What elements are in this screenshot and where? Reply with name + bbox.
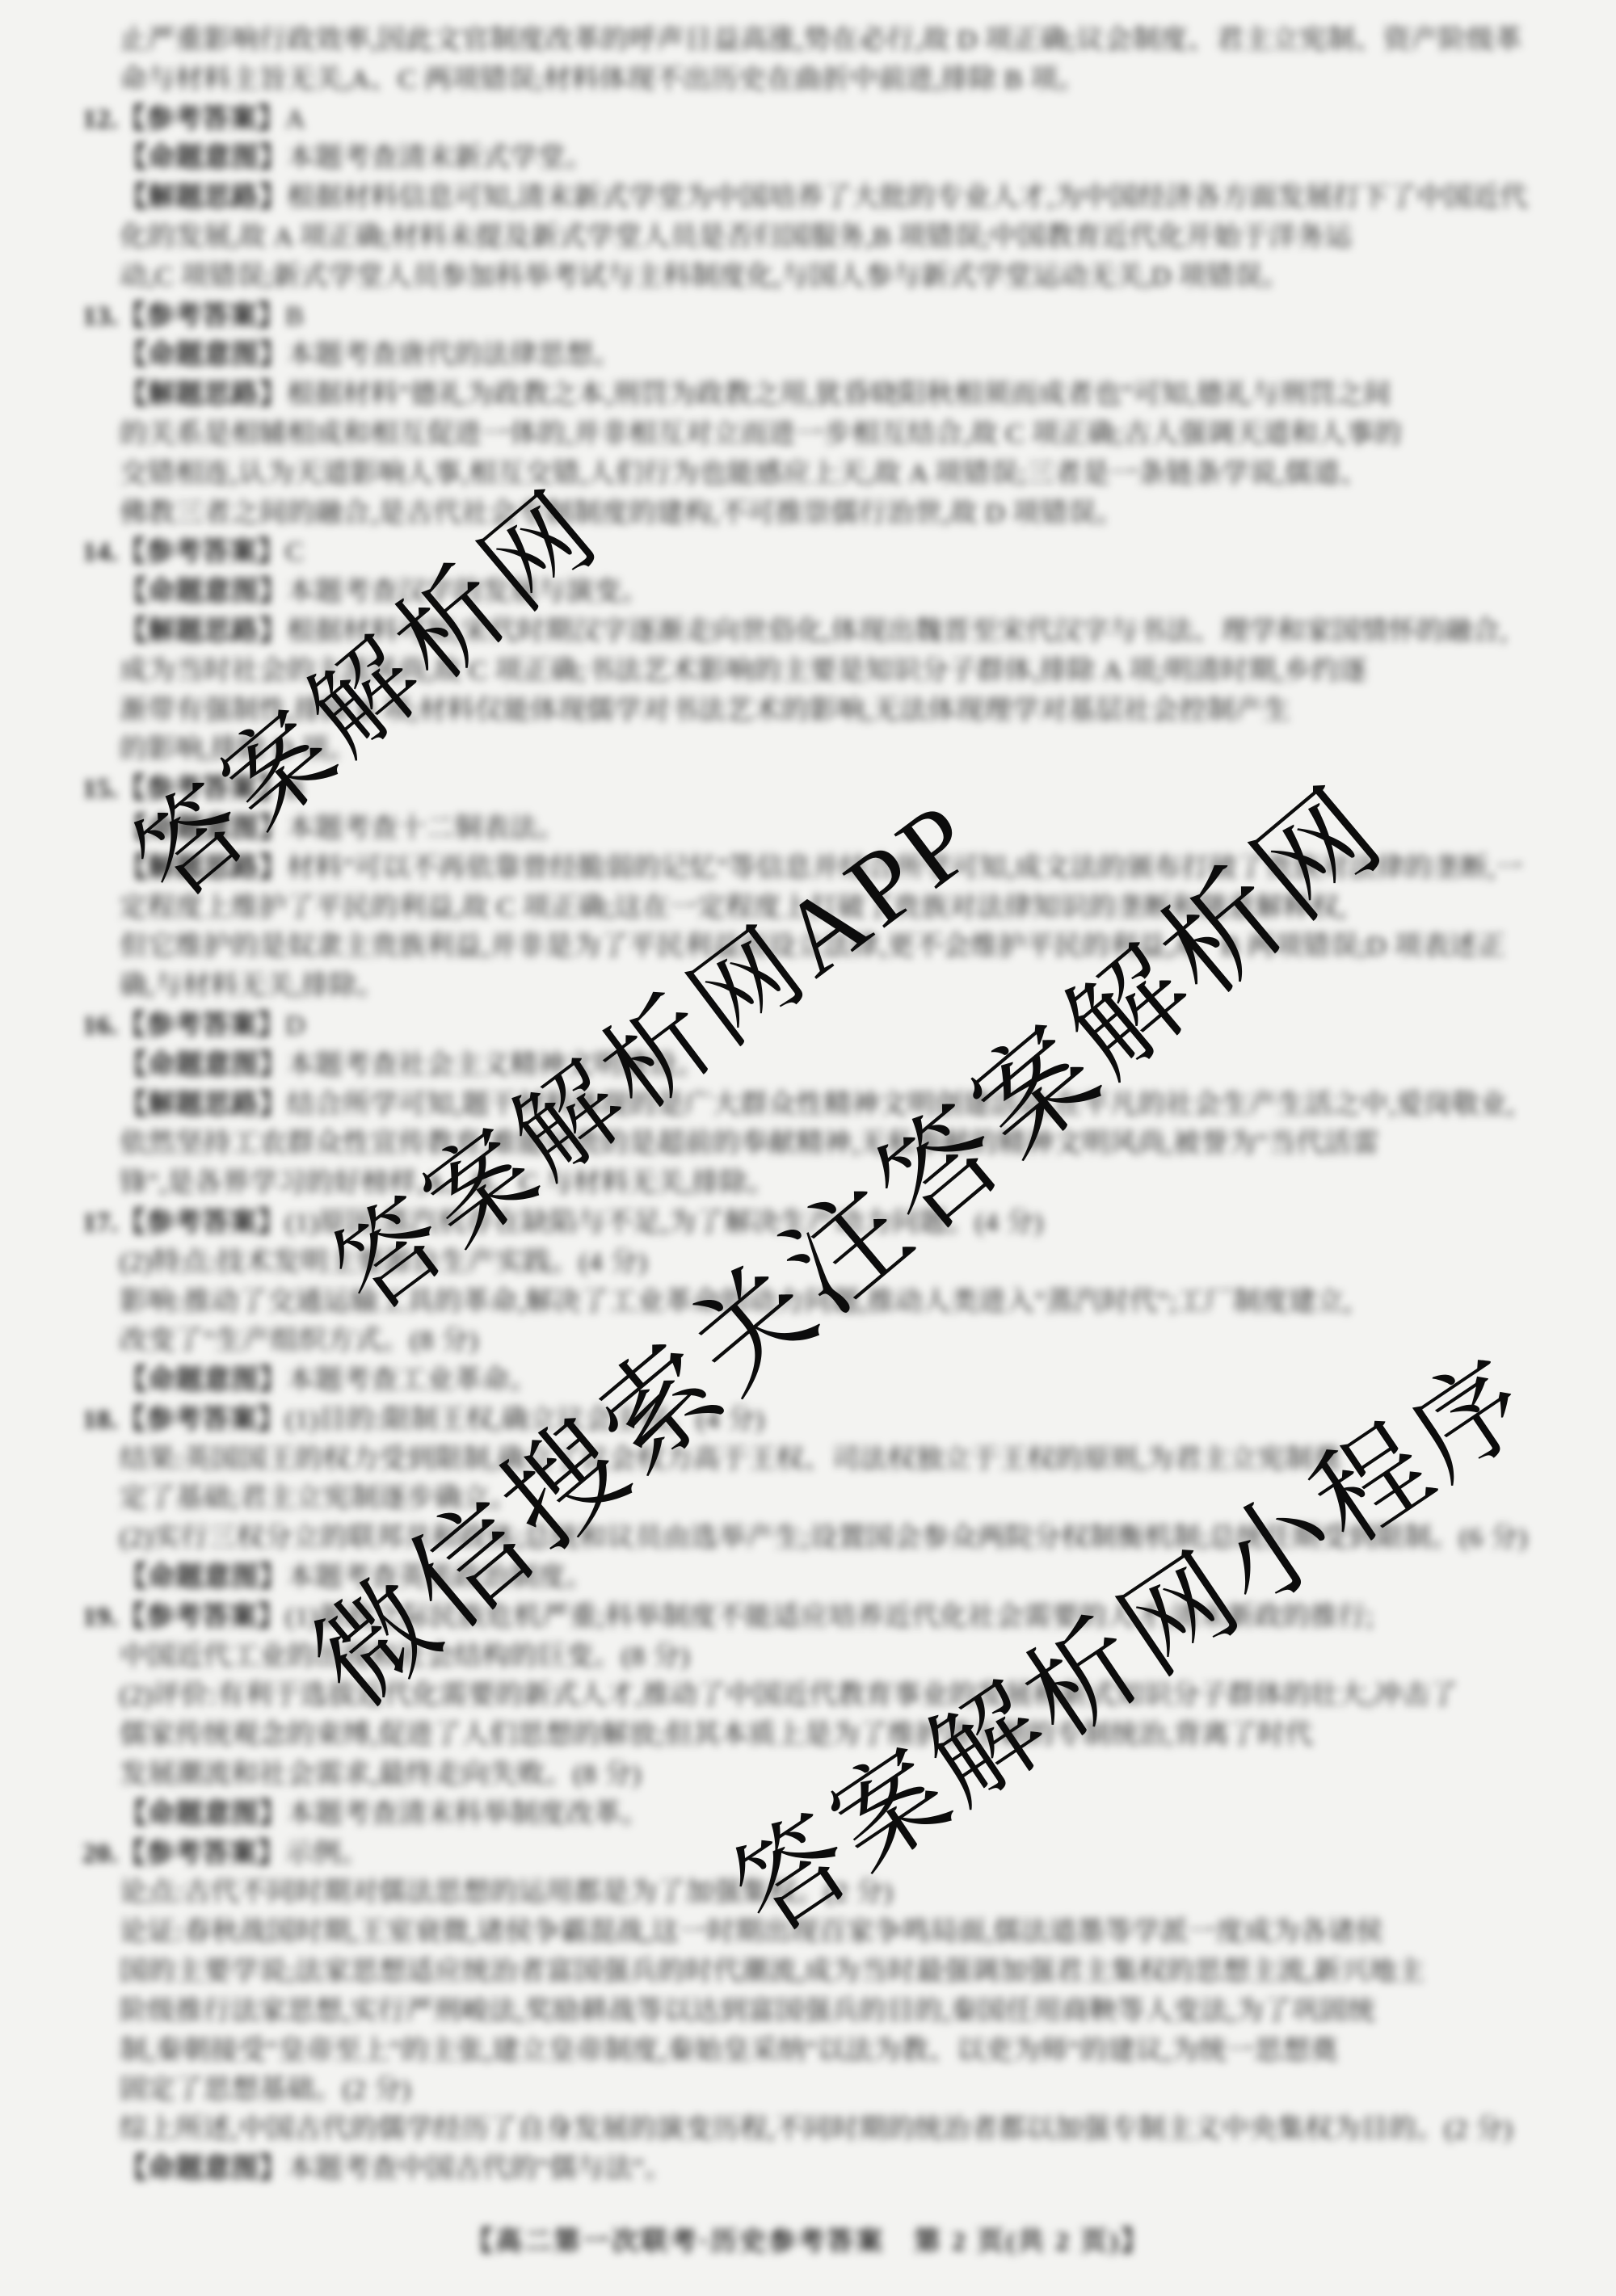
text-line: 【命题意图】本题考查十二铜表法。 (120, 809, 1574, 849)
bold-header-label: 【命题意图】 (120, 2154, 287, 2184)
answer-line: 13.【参考答案】B (120, 297, 1574, 337)
text-line: 阶级推行法家思想,实行严刑峻法,奖励耕战等以达到富国强兵的目的,秦国任用商鞅等人… (120, 1992, 1574, 2032)
text-line: 【解题思路】根据材料可知,宋代时期汉字逐渐走向世俗化,体现出魏晋至宋代汉字与书法… (120, 612, 1574, 652)
text-line: 儒家传统观念的束缚,促进了人们思想的解放;但其本质上是为了维护清王朝的专制统治,… (120, 1716, 1574, 1756)
bold-header-label: 13.【参考答案】 (82, 301, 285, 331)
bold-header-label: 12.【参考答案】 (82, 104, 285, 134)
bold-header-label: 【命题意图】 (120, 577, 287, 607)
text-line: (2)评价:有利于选拔近代化需要的新式人才,推动了中国近代教育事业的发展和新式知… (120, 1676, 1574, 1716)
answer-line: 19.【参考答案】(1)新政之际民族危机严重;科举制度不能适应培养近代化社会需要… (120, 1598, 1574, 1638)
text-line: 综上所述,中国古代的儒学经历了自身发展的演变历程,不同时期的统治者都以加强专制主… (120, 2110, 1574, 2150)
text-line: 制,秦朝接受"皇帝至上"的主张,建立皇帝制度,秦始皇采纳"以法为教、以吏为师"的… (120, 2032, 1574, 2071)
text-line: 的影响,排除 D 项。 (120, 730, 1574, 770)
text-line: 论点:古代不同时期对儒法思想的运用都是为了加强集权。(2 分) (120, 1873, 1574, 1913)
bold-header-label: 15.【参考答案】 (82, 774, 285, 804)
bold-header-label: 【解题思路】 (120, 616, 287, 646)
text-line: 【解题思路】结合所学可知,题干材料体现的是广大群众性精神文明创建活动,在平凡的社… (120, 1086, 1574, 1125)
text-line: 论证:春秋战国时期,王室衰微,诸侯争霸混战,这一时期出现百家争鸣局面,儒法道墨等… (120, 1913, 1574, 1953)
bold-header-label: 【解题思路】 (120, 380, 287, 410)
bold-header-label: 【命题意图】 (120, 340, 287, 370)
text-line: 佛教三者之间的融合,是古代社会专制制度的建构,不可推崇儒行治世,故 D 项错误。 (120, 494, 1574, 534)
bold-header-label: 【命题意图】 (120, 1562, 287, 1592)
text-line: 【命题意图】本题考查清末科举制度改革。 (120, 1795, 1574, 1835)
text-line: 发展潮流和社会需求,最终走向失败。(8 分) (120, 1756, 1574, 1795)
text-line: 依然坚持工农群众性宣传教育,难能可贵的是超前的奉献精神,无私奉献的精神文明风尚,… (120, 1125, 1574, 1164)
text-line: (2)实行三权分立的联邦共和政体;总统和议员由选举产生;设置国会参众两院分权制衡… (120, 1519, 1574, 1558)
text-line: 定了基础;君主立宪制逐步确立。 (120, 1479, 1574, 1519)
text-line: 锋",是各界学习的好榜样,A、B、C 与材料无关,排除。 (120, 1164, 1574, 1204)
answer-text-block: 止严重影响行政效率,因此文官制度改革的呼声日益高涨,势在必行,故 D 项正确;议… (120, 21, 1574, 2189)
answer-line: 20.【参考答案】示例。 (120, 1835, 1574, 1874)
bold-header-label: 17.【参考答案】 (82, 1208, 285, 1238)
text-line: 【命题意图】本题考查社会主义精神文明建设。 (120, 1046, 1574, 1086)
bold-header-label: 20.【参考答案】 (82, 1839, 285, 1869)
answer-line: 18.【参考答案】(1)目的:限制王权,确立议会主权。(4 分) (120, 1401, 1574, 1440)
text-line: 【命题意图】本题考查中国古代的"儒与法"。 (120, 2150, 1574, 2189)
answer-line: 17.【参考答案】(1)原因:蒸汽机存在缺陷与不足,为了解决生产动力问题。(4 … (120, 1204, 1574, 1243)
bold-header-label: 【命题意图】 (120, 1365, 287, 1395)
bold-header-label: 19.【参考答案】 (82, 1602, 285, 1632)
answer-line: 15.【参考答案】B (120, 770, 1574, 809)
bold-header-label: 【解题思路】 (120, 183, 287, 212)
text-line: 动,C 项错误;新式学堂人员参加科举考试与主科制度化,与国人参与新式学堂运动无关… (120, 258, 1574, 297)
text-line: 命与材料主旨无关,A、C 两项错误;材料体现不出历史在曲折中前进,排除 B 项。 (120, 61, 1574, 100)
bold-header-label: 【命题意图】 (120, 1050, 287, 1080)
bold-header-label: 【解题思路】 (120, 853, 287, 883)
text-line: 的关系是相辅相成和相互促进一体的,并非相互对立而进一步相互结合,故 C 项正确;… (120, 415, 1574, 455)
bold-header-label: 【解题思路】 (120, 1090, 287, 1120)
text-line: 国的主要学说;法家思想适应统治者富国强兵的时代潮流,成为当时最强调加强君主集权的… (120, 1953, 1574, 1992)
text-line: 渐带有强制性,排除 B 项;材料仅能体现儒学对书法艺术的影响,无法体现理学对基层… (120, 692, 1574, 731)
text-line: (2)特点:技术发明主要源自生产实践。(4 分) (120, 1243, 1574, 1283)
text-line: 结果:英国国王的权力受到限制,确立了议会权力高于王权、司法权独立于王权的原则,为… (120, 1440, 1574, 1480)
text-line: 固定了思想基础。(2 分) (120, 2071, 1574, 2110)
text-line: 确,与材料无关,排除。 (120, 967, 1574, 1007)
text-line: 【命题意图】本题考查汉字的发展与演变。 (120, 573, 1574, 612)
text-line: 【解题思路】根据材料"德礼为政教之本,刑罚为政教之用,犹昏晓阳秋相须而成者也"可… (120, 376, 1574, 415)
text-line: 【命题意图】本题考查清末新式学堂。 (120, 139, 1574, 179)
text-line: 中国近代工业的出现和社会结构的巨变。(8 分) (120, 1638, 1574, 1677)
text-line: 改变了"生产组织方式。(8 分) (120, 1322, 1574, 1361)
text-line: 成为当时社会的主流风尚,故 C 项正确;书法艺术影响的主要是知识分子群体,排除 … (120, 652, 1574, 692)
text-line: 定程度上维护了平民的利益,故 C 项正确;这在一定程度上打破了贵族对法律知识的垄… (120, 889, 1574, 928)
text-line: 【命题意图】本题考查工业革命。 (120, 1361, 1574, 1401)
page-footer: 【高二第一次联考·历史参考答案 第 2 页(共 2 页)】 (0, 2220, 1616, 2258)
bold-header-label: 18.【参考答案】 (82, 1405, 285, 1435)
text-line: 交错相连,认为天道影响人事,相互交错,人们行为也能感应上天,故 A 项错误;三者… (120, 455, 1574, 494)
text-line: 止严重影响行政效率,因此文官制度改革的呼声日益高涨,势在必行,故 D 项正确;议… (120, 21, 1574, 61)
text-line: 【命题意图】本题考查唐代的法律思想。 (120, 336, 1574, 376)
text-line: 但它维护的是奴隶主贵族利益,并非是为了平民利益而设立法律,更不会维护平民的利益,… (120, 927, 1574, 967)
text-line: 影响:推动了交通运输工具的革命,解决了工业革命的动力问题,推动人类进入"蒸汽时代… (120, 1283, 1574, 1323)
answer-line: 14.【参考答案】C (120, 533, 1574, 573)
bold-header-label: 【命题意图】 (120, 143, 287, 173)
text-line: 【解题思路】材料"可以不再依靠曾经脆弱的记忆"等信息并结合所学可知,成文法的颁布… (120, 849, 1574, 889)
text-line: 【解题思路】根据材料信息可知,清末新式学堂为中国培养了大批的专业人才,为中国经济… (120, 179, 1574, 218)
text-line: 【命题意图】本题考查英美政治制度。 (120, 1558, 1574, 1598)
exam-answer-page: 止严重影响行政效率,因此文官制度改革的呼声日益高涨,势在必行,故 D 项正确;议… (0, 0, 1616, 2296)
bold-header-label: 【命题意图】 (120, 1799, 287, 1829)
text-line: 化的发展,故 A 项正确;材料未提及新式学堂人员是否归国服务,B 项错误;中国教… (120, 218, 1574, 258)
bold-header-label: 14.【参考答案】 (82, 537, 285, 567)
answer-line: 12.【参考答案】A (120, 100, 1574, 140)
bold-header-label: 16.【参考答案】 (82, 1011, 285, 1041)
bold-header-label: 【命题意图】 (120, 814, 287, 843)
answer-line: 16.【参考答案】D (120, 1007, 1574, 1046)
